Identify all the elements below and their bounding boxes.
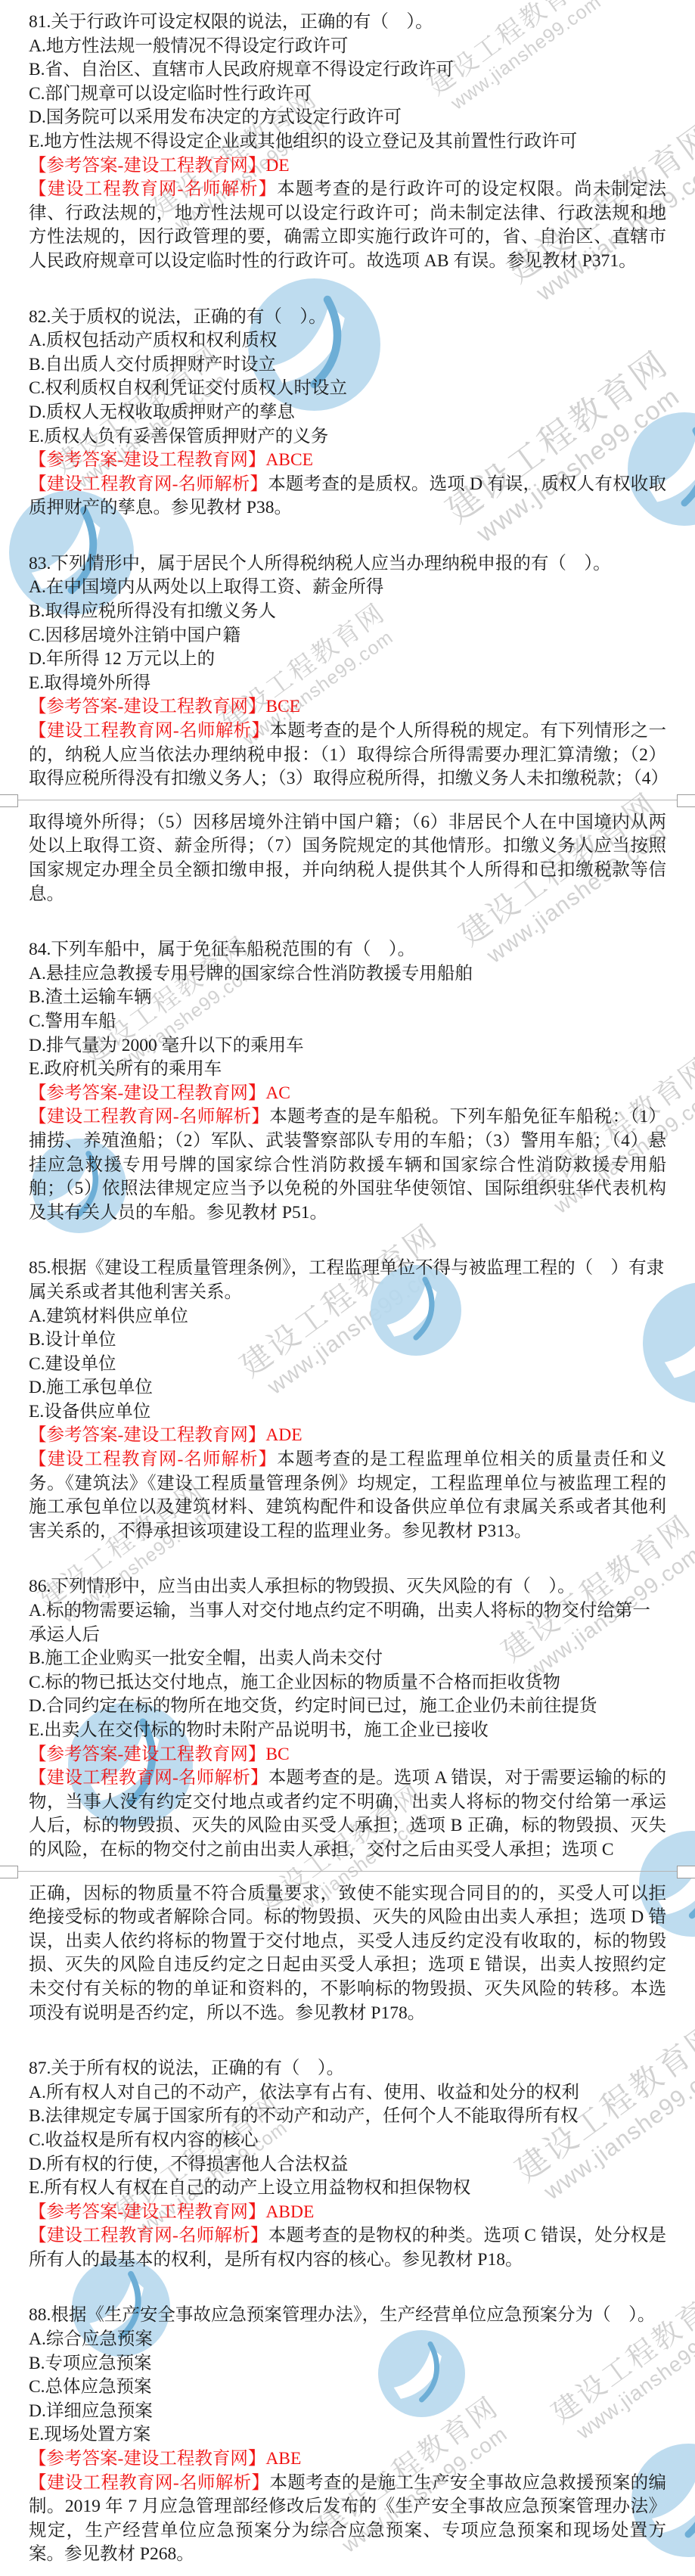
- answer-letters: ADE: [265, 1425, 302, 1445]
- question-block: 82.关于质权的说法，正确的有（ ）。A.质权包括动产质权和权利质权B.自出质人…: [29, 306, 666, 520]
- question-stem-text: 关于质权的说法，正确的有（ ）。: [51, 307, 326, 327]
- question-block: 85.根据《建设工程质量管理条例》，工程监理单位不得与被监理工程的（ ）有隶属关…: [29, 1257, 666, 1543]
- answer-option: A.综合应急预案: [29, 2328, 666, 2352]
- question-stem: 81.关于行政许可设定权限的说法，正确的有（ ）。: [29, 11, 666, 35]
- answer-option: B.设计单位: [29, 1328, 666, 1353]
- answer-letters: ABDE: [265, 2202, 314, 2222]
- page-break-left-corner-mark: [0, 794, 18, 807]
- analysis-paragraph: 【建设工程教育网-名师解析】本题考查的是工程监理单位相关的质量责任和义务。《建筑…: [29, 1448, 666, 1543]
- analysis-prefix-label: 【建设工程教育网-名师解析】: [29, 2226, 268, 2245]
- answer-option: E.政府机关所有的乘用车: [29, 1058, 666, 1082]
- answer-option: C.部门规章可以设定临时性行政许可: [29, 82, 666, 107]
- answer-option: B.省、自治区、直辖市人民政府规章不得设定行政许可: [29, 58, 666, 82]
- page-break-right-corner-mark: [677, 1866, 695, 1878]
- answer-option: E.取得境外所得: [29, 672, 666, 696]
- question-number: 85.: [29, 1258, 51, 1278]
- answer-option: C.因移居境外注销中国户籍: [29, 624, 666, 648]
- analysis-prefix-label: 【建设工程教育网-名师解析】: [29, 721, 269, 741]
- answer-option: A.标的物需要运输，当事人对交付地点约定不明确，出卖人将标的物交付给第一承运人后: [29, 1599, 666, 1647]
- question-number: 84.: [29, 940, 51, 959]
- question-stem-text: 下列情形中，应当由出卖人承担标的物毁损、灭失风险的有（ ）。: [51, 1577, 575, 1596]
- question-block: 86.下列情形中，应当由出卖人承担标的物毁损、灭失风险的有（ ）。A.标的物需要…: [29, 1575, 666, 2025]
- reference-answer-line: 【参考答案-建设工程教育网】ABCE: [29, 449, 666, 473]
- answer-option: D.质权人无权收取质押财产的孳息: [29, 401, 666, 425]
- reference-answer-line: 【参考答案-建设工程教育网】DE: [29, 154, 666, 179]
- question-block: 83.下列情形中，属于居民个人所得税纳税人应当办理纳税申报的有（ ）。A.在中国…: [29, 552, 666, 906]
- answer-option: C.标的物已抵达交付地点，施工企业因标的物质量不合格而拒收货物: [29, 1671, 666, 1695]
- question-number: 86.: [29, 1577, 51, 1596]
- answer-option: B.渣土运输车辆: [29, 986, 666, 1010]
- answer-prefix-label: 【参考答案-建设工程教育网】: [29, 1083, 265, 1103]
- document-page: 建设工程教育网www.jianshe99.com建设工程教育网www.jians…: [0, 0, 695, 2576]
- question-stem: 84.下列车船中，属于免征车船税范围的有（ ）。: [29, 938, 666, 962]
- question-number: 82.: [29, 307, 51, 327]
- answer-option: B.施工企业购买一批安全帽，出卖人尚未交付: [29, 1647, 666, 1671]
- analysis-prefix-label: 【建设工程教育网-名师解析】: [29, 1450, 277, 1469]
- reference-answer-line: 【参考答案-建设工程教育网】ABDE: [29, 2201, 666, 2225]
- reference-answer-line: 【参考答案-建设工程教育网】AC: [29, 1082, 666, 1106]
- questions-content: 81.关于行政许可设定权限的说法，正确的有（ ）。A.地方性法规一般情况不得设定…: [0, 0, 695, 2567]
- reference-answer-line: 【参考答案-建设工程教育网】ADE: [29, 1424, 666, 1448]
- answer-option: D.所有权的行使，不得损害他人合法权益: [29, 2153, 666, 2177]
- page-break-line: [0, 1871, 695, 1872]
- answer-prefix-label: 【参考答案-建设工程教育网】: [29, 2449, 265, 2469]
- answer-letters: DE: [265, 156, 289, 176]
- question-block: 84.下列车船中，属于免征车船税范围的有（ ）。A.悬挂应急教援专用号牌的国家综…: [29, 938, 666, 1225]
- analysis-prefix-label: 【建设工程教育网-名师解析】: [29, 2473, 269, 2493]
- analysis-prefix-label: 【建设工程教育网-名师解析】: [29, 474, 268, 494]
- answer-option: C.总体应急预案: [29, 2376, 666, 2400]
- answer-option: C.权利质权自权利凭证交付质权人时设立: [29, 377, 666, 401]
- answer-option: D.国务院可以采用发布决定的方式设定行政许可: [29, 106, 666, 130]
- analysis-text: 正确，因标的物质量不符合质量要求，致使不能实现合同目的的，买受人可以拒绝接受标的…: [29, 1884, 666, 2023]
- answer-option: A.在中国境内从两处以上取得工资、薪金所得: [29, 576, 666, 600]
- analysis-paragraph: 【建设工程教育网-名师解析】本题考查的是车船税。下列车船免征车船税：（1）捕捞、…: [29, 1105, 666, 1225]
- answer-letters: AC: [265, 1083, 290, 1103]
- question-stem: 83.下列情形中，属于居民个人所得税纳税人应当办理纳税申报的有（ ）。: [29, 552, 666, 576]
- answer-option: E.设备供应单位: [29, 1400, 666, 1425]
- answer-option: B.取得应税所得没有扣缴义务人: [29, 600, 666, 624]
- question-number: 83.: [29, 554, 51, 573]
- answer-prefix-label: 【参考答案-建设工程教育网】: [29, 2202, 265, 2222]
- answer-option: C.收益权是所有权内容的核心: [29, 2129, 666, 2153]
- answer-option: C.警用车船: [29, 1010, 666, 1034]
- reference-answer-line: 【参考答案-建设工程教育网】ABE: [29, 2447, 666, 2472]
- answer-option: E.地方性法规不得设定企业或其他组织的设立登记及其前置性行政许可: [29, 130, 666, 154]
- question-block: 81.关于行政许可设定权限的说法，正确的有（ ）。A.地方性法规一般情况不得设定…: [29, 11, 666, 274]
- analysis-paragraph: 【建设工程教育网-名师解析】本题考查的是质权。选项 D 有误，质权人有权收取质押…: [29, 473, 666, 520]
- page-break-left-corner-mark: [0, 1866, 18, 1878]
- answer-option: D.施工承包单位: [29, 1376, 666, 1400]
- answer-option: C.建设单位: [29, 1353, 666, 1377]
- answer-option: A.所有权人对自己的不动产，依法享有占有、使用、收益和处分的权利: [29, 2081, 666, 2105]
- answer-option: A.地方性法规一般情况不得设定行政许可: [29, 35, 666, 59]
- analysis-prefix-label: 【建设工程教育网-名师解析】: [29, 179, 277, 199]
- answer-letters: ABE: [265, 2449, 301, 2469]
- answer-letters: BC: [265, 1745, 289, 1764]
- analysis-paragraph: 【建设工程教育网-名师解析】本题考查的是物权的种类。选项 C 错误，处分权是所有…: [29, 2224, 666, 2272]
- question-block: 88.根据《生产安全事故应急预案管理办法》，生产经营单位应急预案分为（ ）。A.…: [29, 2304, 666, 2567]
- answer-option: E.所有权人有权在自己的动产上设立用益物权和担保物权: [29, 2177, 666, 2201]
- analysis-paragraph: 【建设工程教育网-名师解析】本题考查的是。选项 A 错误，对于需要运输的标的物，…: [29, 1767, 666, 1862]
- answer-option: A.质权包括动产质权和权利质权: [29, 329, 666, 353]
- question-number: 87.: [29, 2059, 51, 2078]
- answer-letters: BCE: [265, 697, 300, 716]
- question-stem: 82.关于质权的说法，正确的有（ ）。: [29, 306, 666, 330]
- question-stem-text: 下列车船中，属于免征车船税范围的有（ ）。: [51, 940, 415, 959]
- question-stem-text: 关于行政许可设定权限的说法，正确的有（ ）。: [51, 12, 433, 32]
- analysis-paragraph: 正确，因标的物质量不符合质量要求，致使不能实现合同目的的，买受人可以拒绝接受标的…: [29, 1882, 666, 2026]
- question-number: 81.: [29, 12, 51, 32]
- page-break-line: [0, 800, 695, 800]
- analysis-text: 取得境外所得；（5）因移居境外注销中国户籍；（6）非居民个人在中国境内从两处以上…: [29, 813, 666, 904]
- answer-option: A.悬挂应急教援专用号牌的国家综合性消防教援专用船舶: [29, 962, 666, 987]
- answer-option: E.现场处置方案: [29, 2423, 666, 2447]
- analysis-prefix-label: 【建设工程教育网-名师解析】: [29, 1768, 268, 1788]
- answer-prefix-label: 【参考答案-建设工程教育网】: [29, 450, 265, 470]
- answer-prefix-label: 【参考答案-建设工程教育网】: [29, 1745, 265, 1764]
- reference-answer-line: 【参考答案-建设工程教育网】BCE: [29, 695, 666, 719]
- answer-option: B.法律规定专属于国家所有的不动产和动产，任何个人不能取得所有权: [29, 2105, 666, 2129]
- answer-letters: ABCE: [265, 450, 313, 470]
- question-number: 88.: [29, 2305, 51, 2325]
- answer-option: A.建筑材料供应单位: [29, 1305, 666, 1329]
- analysis-paragraph: 【建设工程教育网-名师解析】本题考查的是施工生产安全事故应急救援预案的编制。20…: [29, 2472, 666, 2567]
- answer-option: E.出卖人在交付标的物时未附产品说明书，施工企业已接收: [29, 1719, 666, 1743]
- analysis-paragraph: 【建设工程教育网-名师解析】本题考查的是个人所得税的规定。有下列情形之一的，纳税…: [29, 719, 666, 791]
- answer-option: B.专项应急预案: [29, 2352, 666, 2376]
- answer-prefix-label: 【参考答案-建设工程教育网】: [29, 697, 265, 716]
- question-stem: 86.下列情形中，应当由出卖人承担标的物毁损、灭失风险的有（ ）。: [29, 1575, 666, 1599]
- analysis-paragraph: 【建设工程教育网-名师解析】本题考查的是行政许可的设定权限。尚未制定法律、行政法…: [29, 178, 666, 273]
- analysis-prefix-label: 【建设工程教育网-名师解析】: [29, 1107, 269, 1126]
- answer-option: D.排气量为 2000 毫升以下的乘用车: [29, 1034, 666, 1058]
- question-stem-text: 下列情形中，属于居民个人所得税纳税人应当办理纳税申报的有（ ）。: [51, 554, 610, 573]
- page-break-right-corner-mark: [677, 794, 695, 807]
- question-stem: 88.根据《生产安全事故应急预案管理办法》，生产经营单位应急预案分为（ ）。: [29, 2304, 666, 2328]
- question-block: 87.关于所有权的说法，正确的有（ ）。A.所有权人对自己的不动产，依法享有占有…: [29, 2057, 666, 2272]
- question-stem: 87.关于所有权的说法，正确的有（ ）。: [29, 2057, 666, 2081]
- answer-option: B.自出质人交付质押财产时设立: [29, 353, 666, 378]
- answer-prefix-label: 【参考答案-建设工程教育网】: [29, 1425, 265, 1445]
- analysis-paragraph: 取得境外所得；（5）因移居境外注销中国户籍；（6）非居民个人在中国境内从两处以上…: [29, 811, 666, 906]
- answer-prefix-label: 【参考答案-建设工程教育网】: [29, 156, 265, 176]
- question-stem-text: 根据《生产安全事故应急预案管理办法》，生产经营单位应急预案分为（ ）。: [51, 2305, 655, 2325]
- page-break-marker: [0, 791, 695, 811]
- question-stem-text: 关于所有权的说法，正确的有（ ）。: [51, 2059, 344, 2078]
- answer-option: D.合同约定在标的物所在地交货，约定时间已过，施工企业仍未前往提货: [29, 1695, 666, 1719]
- page-break-marker: [0, 1863, 695, 1882]
- question-stem: 85.根据《建设工程质量管理条例》，工程监理单位不得与被监理工程的（ ）有隶属关…: [29, 1257, 666, 1304]
- answer-option: D.年所得 12 万元以上的: [29, 648, 666, 672]
- answer-option: E.质权人负有妥善保管质押财产的义务: [29, 425, 666, 449]
- reference-answer-line: 【参考答案-建设工程教育网】BC: [29, 1743, 666, 1767]
- question-stem-text: 根据《建设工程质量管理条例》，工程监理单位不得与被监理工程的（ ）有隶属关系或者…: [29, 1258, 664, 1302]
- answer-option: D.详细应急预案: [29, 2400, 666, 2424]
